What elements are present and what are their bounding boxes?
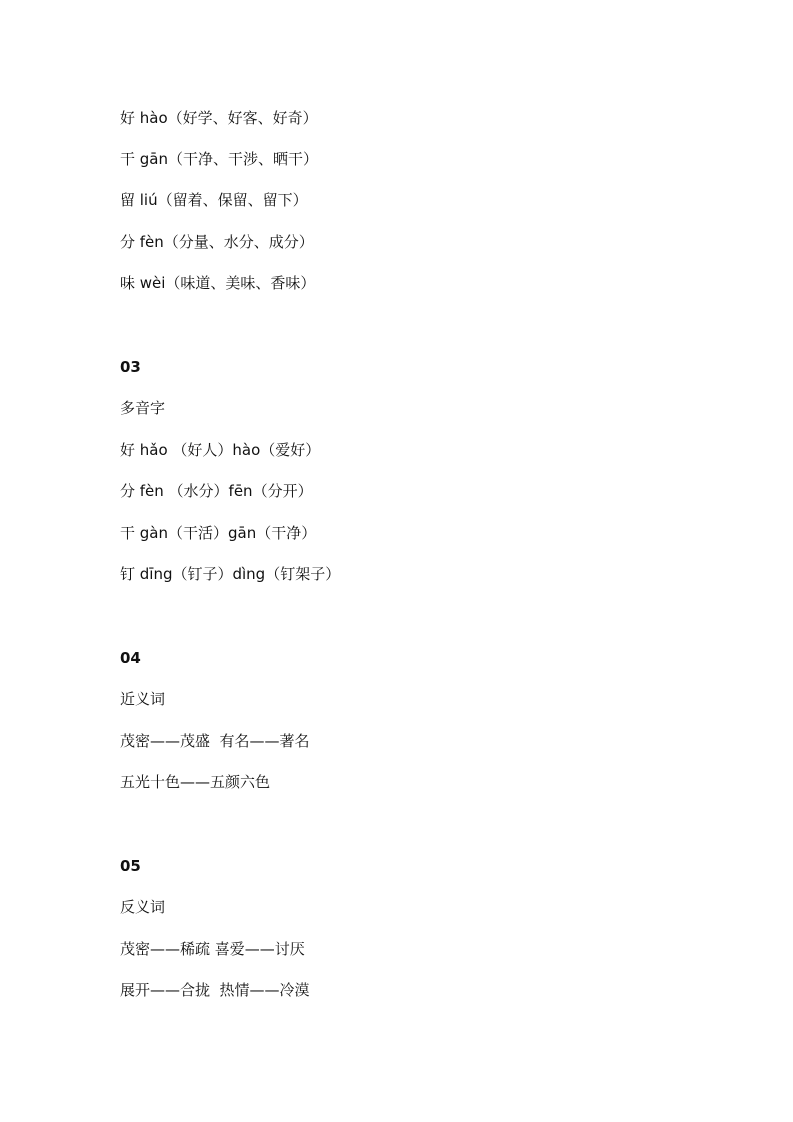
polyphone-entry: 干 gàn（干活）gān（干净）: [120, 523, 316, 543]
polyphone-entry: 分 fèn （水分）fēn（分开）: [120, 481, 313, 501]
antonym-entry: 茂密——稀疏 喜爱——讨厌: [120, 939, 305, 959]
word-entry: 留 liú（留着、保留、留下）: [120, 190, 308, 210]
synonym-entry: 五光十色——五颜六色: [120, 772, 270, 792]
section-title: 多音字: [120, 398, 165, 418]
section-title: 近义词: [120, 689, 165, 709]
antonym-entry: 展开——合拢 热情——冷漠: [120, 980, 310, 1000]
section-title: 反义词: [120, 897, 165, 917]
section-number: 03: [120, 357, 141, 377]
section-number: 04: [120, 648, 141, 668]
polyphone-entry: 钉 dīng（钉子）dìng（钉架子）: [120, 564, 340, 584]
section-number: 05: [120, 856, 141, 876]
synonym-entry: 茂密——茂盛 有名——著名: [120, 731, 310, 751]
word-entry: 好 hào（好学、好客、好奇）: [120, 108, 318, 128]
word-entry: 干 gān（干净、干涉、晒干）: [120, 149, 318, 169]
word-entry: 味 wèi（味道、美味、香味）: [120, 273, 315, 293]
document-page: 好 hào（好学、好客、好奇） 干 gān（干净、干涉、晒干） 留 liú（留着…: [0, 0, 793, 1122]
word-entry: 分 fèn（分量、水分、成分）: [120, 232, 314, 252]
polyphone-entry: 好 hǎo （好人）hào（爱好）: [120, 440, 320, 460]
